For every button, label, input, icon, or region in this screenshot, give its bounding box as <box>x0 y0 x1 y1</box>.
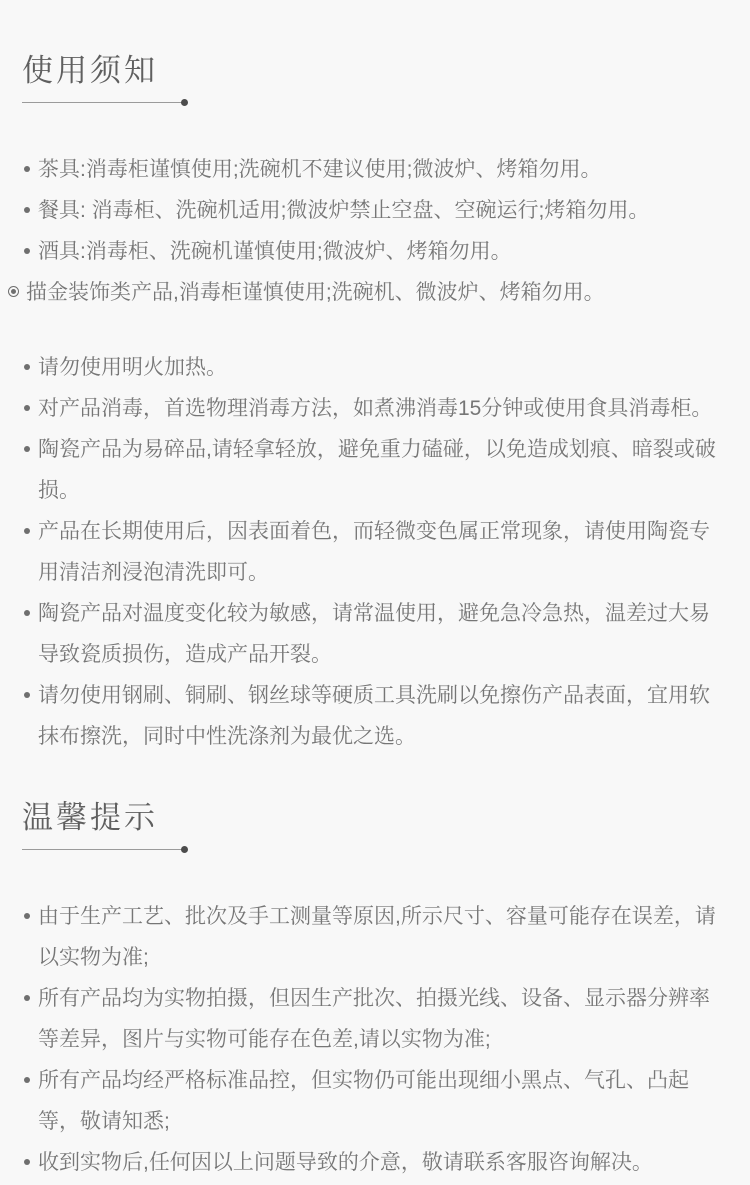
bullet-icon <box>24 364 30 370</box>
notice-text: 产品在长期使用后，因表面着色，而轻微变色属正常现象，请使用陶瓷专用清洁剂浸泡清洗… <box>38 520 710 584</box>
tips-section: 温馨提示 由于生产工艺、批次及手工测量等原因,所示尺寸、容量可能存在误差，请以实… <box>22 799 728 1183</box>
bullet-icon <box>24 1159 30 1165</box>
page-title-tips: 温馨提示 <box>22 799 728 837</box>
list-item: 产品在长期使用后，因表面着色，而轻微变色属正常现象，请使用陶瓷专用清洁剂浸泡清洗… <box>22 511 728 593</box>
bullet-icon <box>24 995 30 1001</box>
list-item: 由于生产工艺、批次及手工测量等原因,所示尺寸、容量可能存在误差，请以实物为准; <box>22 896 728 978</box>
list-item: 请勿使用明火加热。 <box>22 347 728 388</box>
bullet-icon <box>24 248 30 254</box>
notice-text: 请勿使用钢刷、铜刷、钢丝球等硬质工具洗刷以免擦伤产品表面，宜用软抹布擦洗，同时中… <box>38 684 710 748</box>
notice-text: 收到实物后,任何因以上问题导致的介意，敬请联系客服咨询解决。 <box>38 1151 653 1174</box>
bullet-icon <box>24 692 30 698</box>
list-item: 所有产品均为实物拍摄，但因生产批次、拍摄光线、设备、显示器分辨率等差异，图片与实… <box>22 978 728 1060</box>
list-item: 餐具: 消毒柜、洗碗机适用;微波炉禁止空盘、空碗运行;烤箱勿用。 <box>22 190 728 231</box>
bullet-icon <box>24 1077 30 1083</box>
notice-text: 陶瓷产品为易碎品,请轻拿轻放，避免重力磕碰，以免造成划痕、暗裂或破损。 <box>38 438 716 502</box>
list-item: 所有产品均经严格标准品控，但实物仍可能出现细小黑点、气孔、凸起等，敬请知悉; <box>22 1060 728 1142</box>
notice-text: 请勿使用明火加热。 <box>38 356 227 379</box>
bullet-icon <box>24 610 30 616</box>
category-notice-list: 茶具:消毒柜谨慎使用;洗碗机不建议使用;微波炉、烤箱勿用。 餐具: 消毒柜、洗碗… <box>22 149 728 313</box>
underline-dot-icon <box>181 846 188 853</box>
list-item: 请勿使用钢刷、铜刷、钢丝球等硬质工具洗刷以免擦伤产品表面，宜用软抹布擦洗，同时中… <box>22 675 728 757</box>
underline-dot-icon <box>181 99 188 106</box>
notice-text: 所有产品均为实物拍摄，但因生产批次、拍摄光线、设备、显示器分辨率等差异，图片与实… <box>38 987 710 1051</box>
list-item: 酒具:消毒柜、洗碗机谨慎使用;微波炉、烤箱勿用。 <box>22 231 728 272</box>
care-notice-list: 请勿使用明火加热。 对产品消毒，首选物理消毒方法，如煮沸消毒15分钟或使用食具消… <box>22 347 728 757</box>
list-item: 对产品消毒，首选物理消毒方法，如煮沸消毒15分钟或使用食具消毒柜。 <box>22 388 728 429</box>
notice-text: 陶瓷产品对温度变化较为敏感，请常温使用，避免急冷急热，温差过大易导致瓷质损伤，造… <box>38 602 710 666</box>
list-item: 描金装饰类产品,消毒柜谨慎使用;洗碗机、微波炉、烤箱勿用。 <box>8 272 728 313</box>
notice-text: 描金装饰类产品,消毒柜谨慎使用;洗碗机、微波炉、烤箱勿用。 <box>26 281 605 304</box>
notice-text: 餐具: 消毒柜、洗碗机适用;微波炉禁止空盘、空碗运行;烤箱勿用。 <box>38 199 649 222</box>
notice-text: 由于生产工艺、批次及手工测量等原因,所示尺寸、容量可能存在误差，请以实物为准; <box>38 905 716 969</box>
circle-dot-icon <box>8 286 19 297</box>
title-underline <box>22 102 184 103</box>
list-item: 陶瓷产品为易碎品,请轻拿轻放，避免重力磕碰，以免造成划痕、暗裂或破损。 <box>22 429 728 511</box>
page-title-usage: 使用须知 <box>22 52 728 90</box>
product-notice-page: 使用须知 茶具:消毒柜谨慎使用;洗碗机不建议使用;微波炉、烤箱勿用。 餐具: 消… <box>0 0 750 1185</box>
tips-list: 由于生产工艺、批次及手工测量等原因,所示尺寸、容量可能存在误差，请以实物为准; … <box>22 896 728 1183</box>
title-underline <box>22 849 184 850</box>
bullet-icon <box>24 446 30 452</box>
list-item: 陶瓷产品对温度变化较为敏感，请常温使用，避免急冷急热，温差过大易导致瓷质损伤，造… <box>22 593 728 675</box>
list-item: 收到实物后,任何因以上问题导致的介意，敬请联系客服咨询解决。 <box>22 1142 728 1183</box>
notice-text: 所有产品均经严格标准品控，但实物仍可能出现细小黑点、气孔、凸起等，敬请知悉; <box>38 1069 689 1133</box>
list-item: 茶具:消毒柜谨慎使用;洗碗机不建议使用;微波炉、烤箱勿用。 <box>22 149 728 190</box>
usage-section: 使用须知 茶具:消毒柜谨慎使用;洗碗机不建议使用;微波炉、烤箱勿用。 餐具: 消… <box>22 52 728 757</box>
bullet-icon <box>24 166 30 172</box>
notice-text: 酒具:消毒柜、洗碗机谨慎使用;微波炉、烤箱勿用。 <box>38 240 512 263</box>
bullet-icon <box>24 528 30 534</box>
bullet-icon <box>24 405 30 411</box>
notice-text: 对产品消毒，首选物理消毒方法，如煮沸消毒15分钟或使用食具消毒柜。 <box>38 397 712 420</box>
notice-text: 茶具:消毒柜谨慎使用;洗碗机不建议使用;微波炉、烤箱勿用。 <box>38 158 602 181</box>
bullet-icon <box>24 913 30 919</box>
bullet-icon <box>24 207 30 213</box>
